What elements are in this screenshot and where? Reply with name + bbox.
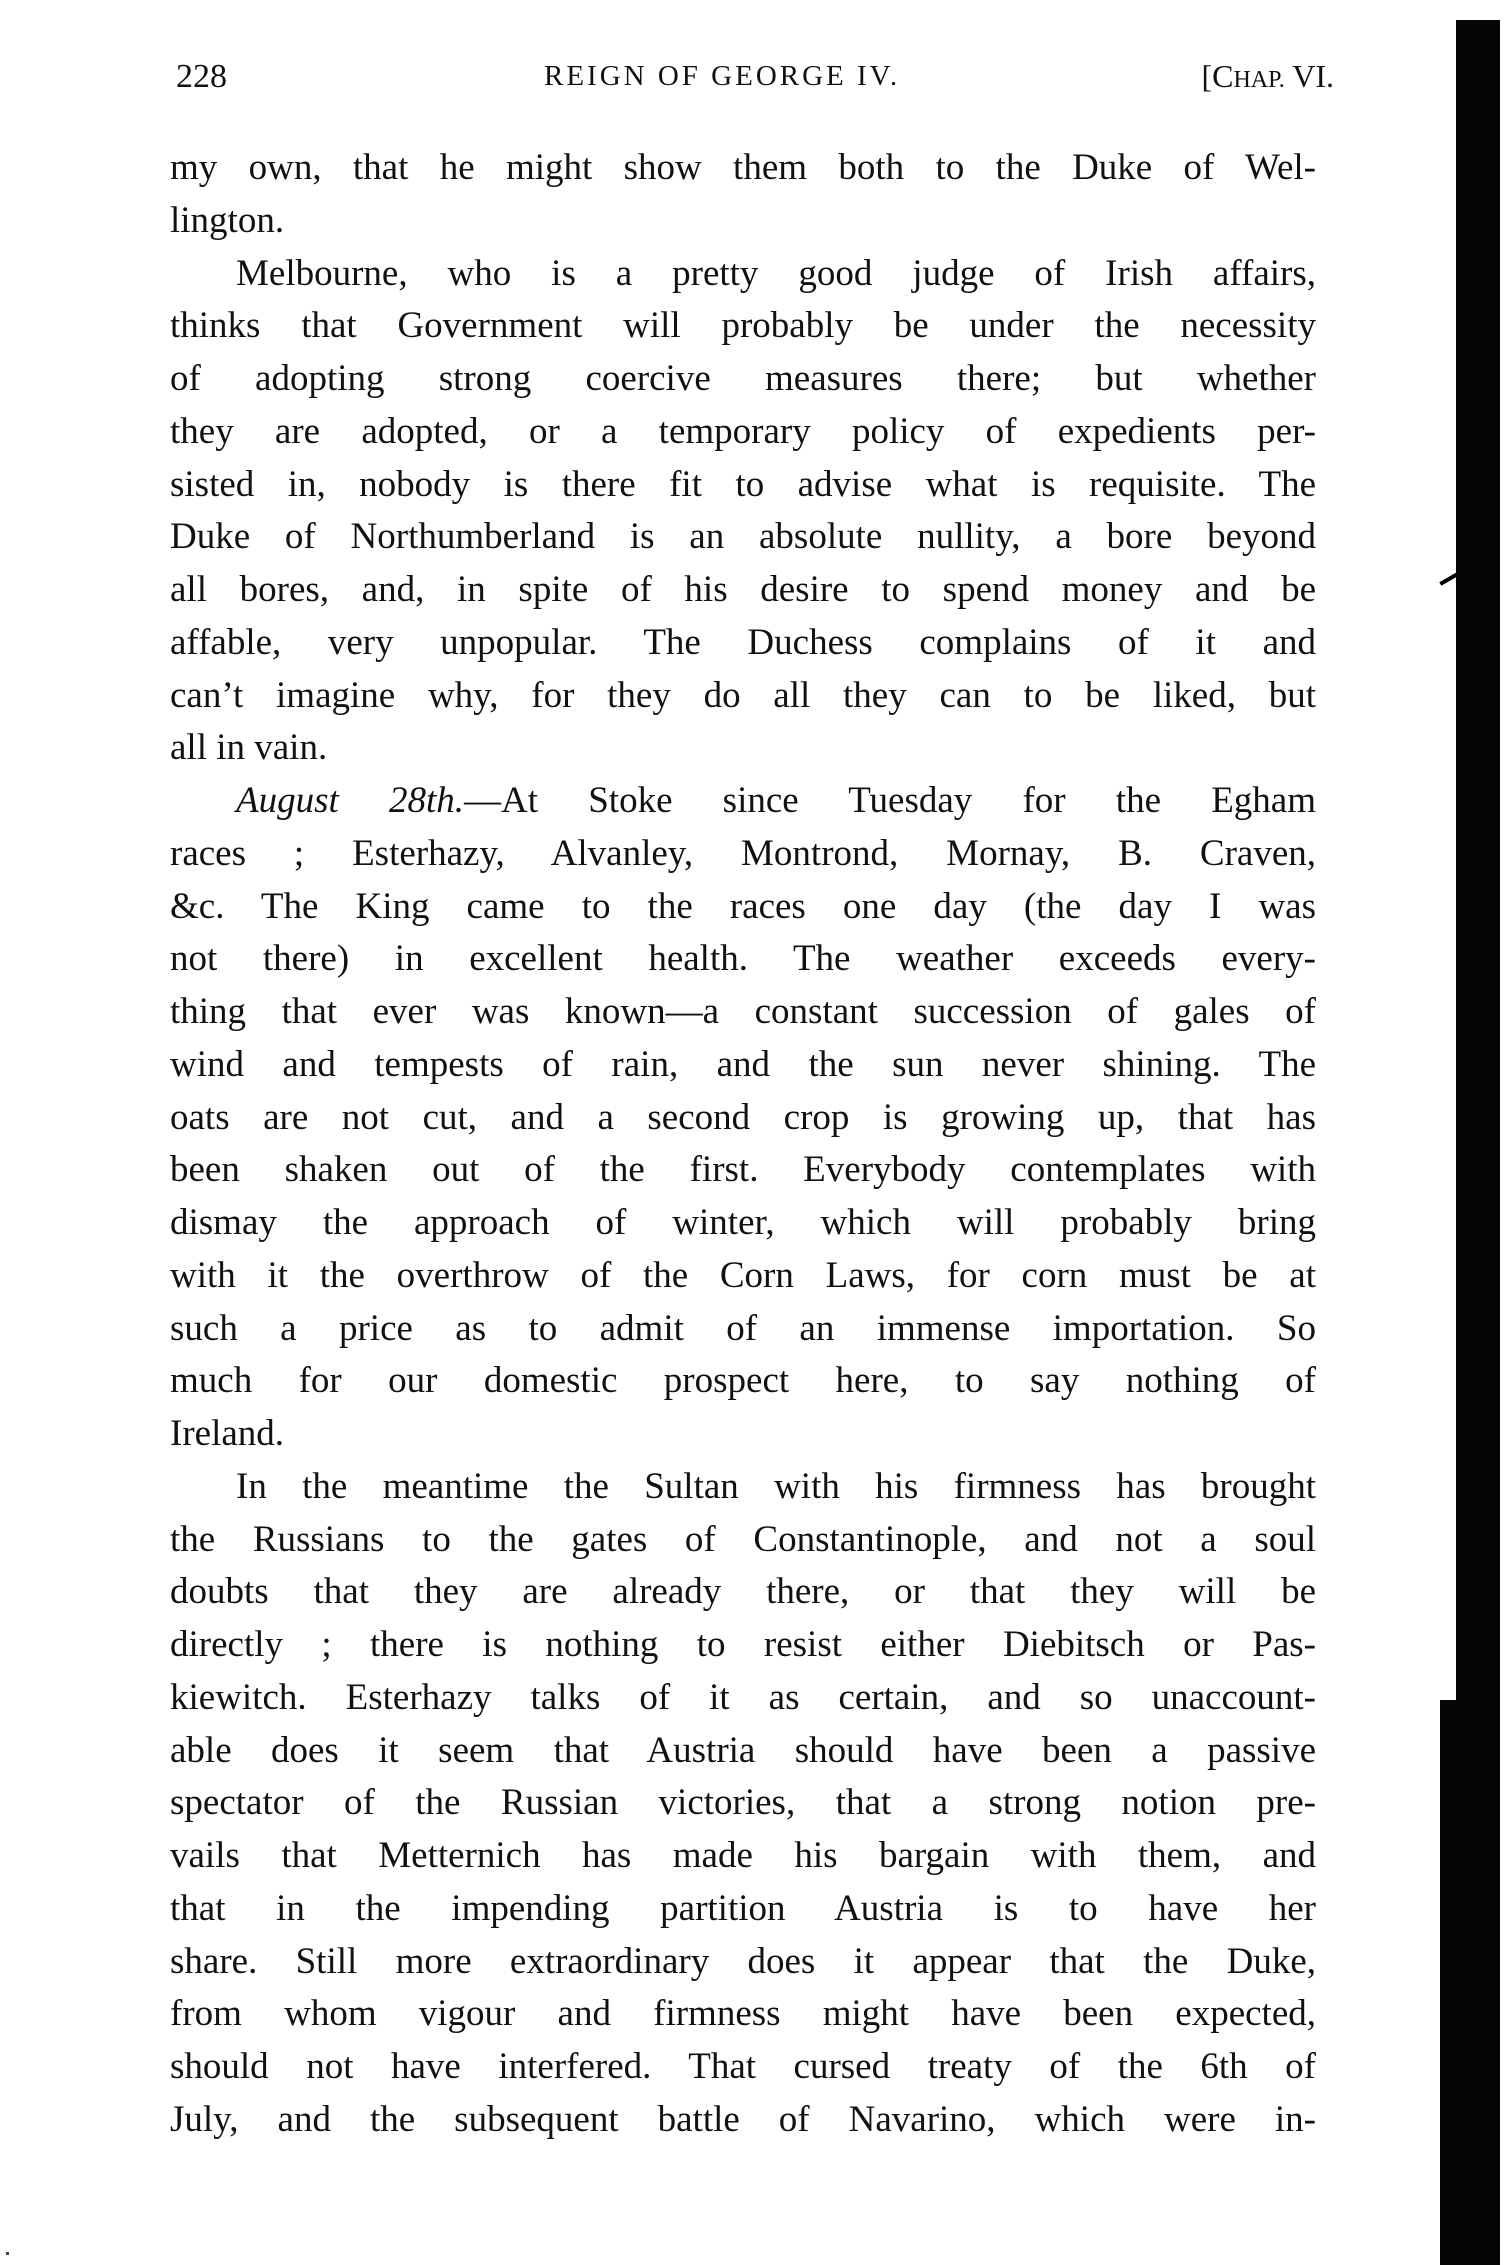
text-line: with it the overthrow of the Corn Laws, … (170, 1250, 1316, 1303)
page-edge-shadow-lower (1440, 1700, 1470, 2265)
chapter-label: [CHAP. VI. (1201, 58, 1334, 95)
text-line: dismay the approach of winter, which wil… (170, 1197, 1316, 1250)
page-number: 228 (176, 58, 227, 96)
text-line: share. Still more extraordinary does it … (170, 1936, 1316, 1989)
text-line: races ; Esterhazy, Alvanley, Montrond, M… (170, 828, 1316, 881)
text-line: thing that ever was known—a constant suc… (170, 986, 1316, 1039)
running-title: REIGN OF GEORGE IV. (544, 60, 900, 93)
chapter-numeral: VI. (1292, 58, 1334, 94)
text-line: such a price as to admit of an immense i… (170, 1303, 1316, 1356)
text-line: lington. (170, 195, 1316, 248)
text-line: can’t imagine why, for they do all they … (170, 670, 1316, 723)
text-line: doubts that they are already there, or t… (170, 1566, 1316, 1619)
text-line: should not have interfered. That cursed … (170, 2041, 1316, 2094)
text-line: been shaken out of the first. Everybody … (170, 1144, 1316, 1197)
text-line: much for our domestic prospect here, to … (170, 1355, 1316, 1408)
text-line: &c. The King came to the races one day (… (170, 881, 1316, 934)
text-line: the Russians to the gates of Constantino… (170, 1514, 1316, 1567)
running-head: 228 REIGN OF GEORGE IV. [CHAP. VI. (176, 58, 1334, 102)
text-line: thinks that Government will probably be … (170, 300, 1316, 353)
text-line: July, and the subsequent battle of Navar… (170, 2094, 1316, 2147)
text-line: of adopting strong coercive measures the… (170, 353, 1316, 406)
text-line: all bores, and, in spite of his desire t… (170, 564, 1316, 617)
text-line: my own, that he might show them both to … (170, 142, 1316, 195)
line-text: —At Stoke since Tuesday for the Egham (464, 780, 1316, 821)
text-line: oats are not cut, and a second crop is g… (170, 1092, 1316, 1145)
text-line: wind and tempests of rain, and the sun n… (170, 1039, 1316, 1092)
text-line: Duke of Northumberland is an absolute nu… (170, 511, 1316, 564)
text-line: spectator of the Russian victories, that… (170, 1777, 1316, 1830)
paragraph-start-line: Melbourne, who is a pretty good judge of… (170, 248, 1316, 301)
text-line: directly ; there is nothing to resist ei… (170, 1619, 1316, 1672)
text-line: affable, very unpopular. The Duchess com… (170, 617, 1316, 670)
text-line: vails that Metternich has made his barga… (170, 1830, 1316, 1883)
text-line: Ireland. (170, 1408, 1316, 1461)
chapter-bracket: [ (1201, 58, 1212, 94)
text-line: able does it seem that Austria should ha… (170, 1725, 1316, 1778)
body-text: my own, that he might show them both to … (170, 142, 1316, 2147)
chapter-smallcaps: HAP. (1233, 67, 1284, 93)
scan-speck (6, 2252, 9, 2255)
text-line: that in the impending partition Austria … (170, 1883, 1316, 1936)
text-line: not there) in excellent health. The weat… (170, 933, 1316, 986)
chapter-initial: C (1212, 58, 1233, 94)
date-heading: August 28th. (236, 780, 464, 821)
text-line: sisted in, nobody is there fit to advise… (170, 459, 1316, 512)
text-line: from whom vigour and firmness might have… (170, 1988, 1316, 2041)
paragraph-start-line: August 28th.—At Stoke since Tuesday for … (170, 775, 1316, 828)
paragraph-start-line: In the meantime the Sultan with his firm… (170, 1461, 1316, 1514)
text-line: all in vain. (170, 722, 1316, 775)
text-line: they are adopted, or a temporary policy … (170, 406, 1316, 459)
text-line: kiewitch. Esterhazy talks of it as certa… (170, 1672, 1316, 1725)
book-page: 228 REIGN OF GEORGE IV. [CHAP. VI. my ow… (0, 0, 1507, 2265)
